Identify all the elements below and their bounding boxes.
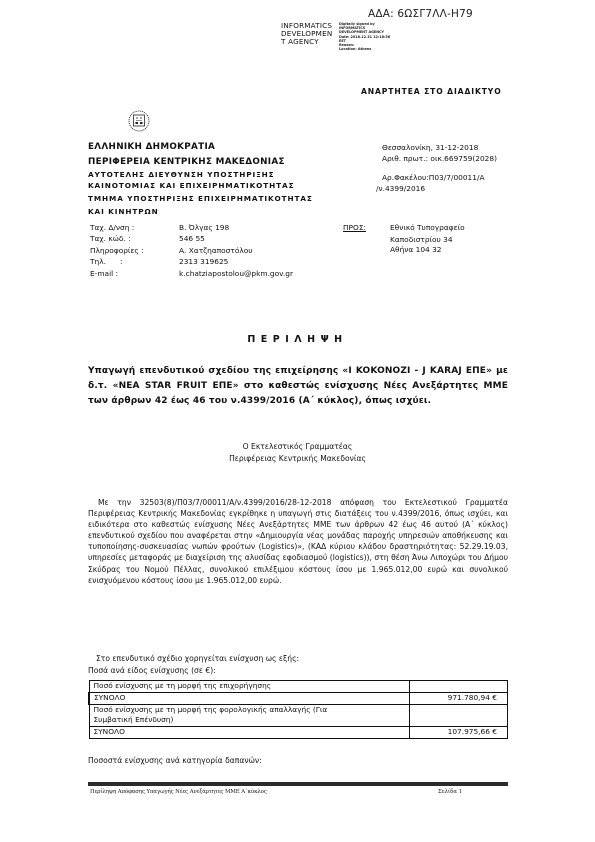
protocol-number: Αριθ. πρωτ.: οικ.669759(2028): [382, 154, 497, 165]
recipient-name: Εθνικό Τυπογραφείο: [390, 222, 465, 234]
footer-divider: [88, 782, 508, 786]
contact-label: Τηλ. :: [90, 256, 179, 267]
table-row: ΣΥΝΟΛΟ 107.975,66 €: [89, 727, 508, 739]
organization-block: ΕΛΛΗΝΙΚΗ ΔΗΜΟΚΡΑΤΙΑ ΠΕΡΙΦΕΡΕΙΑ ΚΕΝΤΡΙΚΗΣ…: [88, 141, 313, 217]
org-department-1: ΤΜΗΜΑ ΥΠΟΣΤΗΡΙΞΗΣ ΕΠΙΧΕΙΡΗΜΑΤΙΚΟΤΗΤΑΣ: [88, 193, 313, 204]
org-department-2: ΚΑΙ ΚΙΝΗΤΡΩΝ: [88, 206, 313, 217]
recipient-label: ΠΡΟΣ:: [343, 222, 390, 234]
footer-title: Περίληψη Απόφασης Υπαγωγής Νέες Ανεξάρτη…: [90, 789, 267, 795]
page-number: Σελίδα 1: [438, 789, 462, 795]
contact-row-email: E-mail : k.chatziapostolou@pkm.gov.gr: [90, 268, 293, 279]
table-cell-value: [410, 681, 508, 693]
ada-code: ΑΔΑ: 6ΩΣΓ7ΛΛ-Η79: [368, 8, 473, 20]
table-cell-label: Ποσό ενίσχυσης με τη μορφή της φορολογικ…: [89, 704, 410, 727]
aid-intro: Στο επενδυτικό σχέδιο χορηγείται ενίσχυσ…: [96, 654, 299, 663]
contact-row-phone: Τηλ. : 2313 319625: [90, 256, 293, 267]
table-row: Ποσό ενίσχυσης με τη μορφή της επιχορήγη…: [89, 681, 508, 693]
subject-paragraph: Υπαγωγή επενδυτικού σχεδίου της επιχείρη…: [88, 364, 508, 408]
org-directorate-2: ΚΑΙΝΟΤΟΜΙΑΣ ΚΑΙ ΕΠΙΧΕΙΡΗΜΑΤΙΚΟΤΗΤΑΣ: [88, 180, 313, 191]
table-row: ΣΥΝΟΛΟ 971.780,94 €: [89, 692, 508, 704]
table-row: Ποσό ενίσχυσης με τη μορφή της φορολογικ…: [89, 704, 508, 727]
greek-emblem-icon: [128, 110, 150, 132]
org-country: ΕΛΛΗΝΙΚΗ ΔΗΜΟΚΡΑΤΙΑ: [88, 141, 313, 154]
contact-email-link[interactable]: k.chatziapostolou@pkm.gov.gr: [179, 268, 293, 279]
contact-label: Ταχ. Δ/νση :: [90, 222, 179, 233]
table-cell-value: [410, 704, 508, 727]
contact-label: Ταχ. κώδ. :: [90, 233, 179, 244]
stamp-line: T AGENCY: [281, 38, 332, 46]
contact-value: Β. Όλγας 198: [179, 222, 229, 233]
signer-organization: Περιφέρειας Κεντρικής Μακεδονίας: [0, 453, 595, 465]
amounts-intro: Ποσά ανά είδος ενίσχυσης (σε €):: [88, 666, 216, 675]
decision-paragraph: Με την 32503(8)/Π03/7/00011/Α/ν.4399/201…: [88, 497, 508, 586]
signer-block: Ο Εκτελεστικός Γραμματέας Περιφέρειας Κε…: [0, 441, 595, 465]
contact-row-address: Ταχ. Δ/νση : Β. Όλγας 198: [90, 222, 293, 233]
table-cell-value: 107.975,66 €: [410, 727, 508, 739]
org-region: ΠΕΡΙΦΕΡΕΙΑ ΚΕΝΤΡΙΚΗΣ ΜΑΚΕΔΟΝΙΑΣ: [88, 156, 313, 169]
place-date: Θεσσαλονίκη, 31-12-2018: [382, 143, 497, 154]
contact-value: 2313 319625: [179, 256, 228, 267]
stamp-detail-line: Location: Athens: [339, 47, 390, 51]
aid-amounts-table: Ποσό ενίσχυσης με τη μορφή της επιχορήγη…: [88, 680, 508, 739]
date-protocol-block: Θεσσαλονίκη, 31-12-2018 Αριθ. πρωτ.: οικ…: [382, 143, 497, 194]
document-title: ΠΕΡΙΛΗΨΗ: [0, 334, 595, 345]
contact-value: Α. Χατζηαποστόλου: [179, 245, 253, 256]
file-number: Αρ.Φακέλου:Π03/7/00011/Α: [382, 173, 497, 184]
contact-value: 546 55: [179, 233, 205, 244]
decision-text: Με την 32503(8)/Π03/7/00011/Α/ν.4399/201…: [88, 497, 508, 586]
table-cell-label: Ποσό ενίσχυσης με τη μορφή της επιχορήγη…: [89, 681, 410, 693]
contact-row-info: Πληροφορίες : Α. Χατζηαποστόλου: [90, 245, 293, 256]
recipient-block: ΠΡΟΣ: Εθνικό Τυπογραφείο Καποδιστρίου 34…: [343, 222, 465, 256]
file-number-cont: /ν.4399/2016: [376, 184, 497, 195]
publish-notice: ΑΝΑΡΤΗΤΕΑ ΣΤΟ ΔΙΑΔΙΚΤΥΟ: [361, 87, 502, 96]
contact-row-postcode: Ταχ. κώδ. : 546 55: [90, 233, 293, 244]
contact-label: Πληροφορίες :: [90, 245, 179, 256]
recipient-row: ΠΡΟΣ: Εθνικό Τυπογραφείο: [343, 222, 465, 234]
stamp-detail-line: Date: 2018.12.31 12:18:56: [339, 35, 390, 39]
stamp-detail-line: DEVELOPMENT AGENCY: [339, 30, 390, 34]
table-cell-value: 971.780,94 €: [410, 692, 508, 704]
signer-title: Ο Εκτελεστικός Γραμματέας: [0, 441, 595, 453]
signature-stamp-agency: INFORMATICS DEVELOPMEN T AGENCY: [281, 22, 332, 46]
recipient-city: Αθήνα 104 32: [390, 244, 441, 256]
table-cell-label: ΣΥΝΟΛΟ: [89, 692, 410, 704]
org-directorate-1: ΑΥΤΟΤΕΛΗΣ ΔΙΕΥΘΥΝΣΗ ΥΠΟΣΤΗΡΙΞΗΣ: [88, 169, 313, 180]
percent-intro: Ποσοστά ενίσχυσης ανά κατηγορία δαπανών:: [88, 756, 262, 765]
contact-details: Ταχ. Δ/νση : Β. Όλγας 198 Ταχ. κώδ. : 54…: [90, 222, 293, 279]
signature-stamp-details: Digitally signed by INFORMATICS DEVELOPM…: [339, 22, 390, 51]
table-cell-label: ΣΥΝΟΛΟ: [89, 727, 410, 739]
contact-label: E-mail :: [90, 268, 179, 279]
